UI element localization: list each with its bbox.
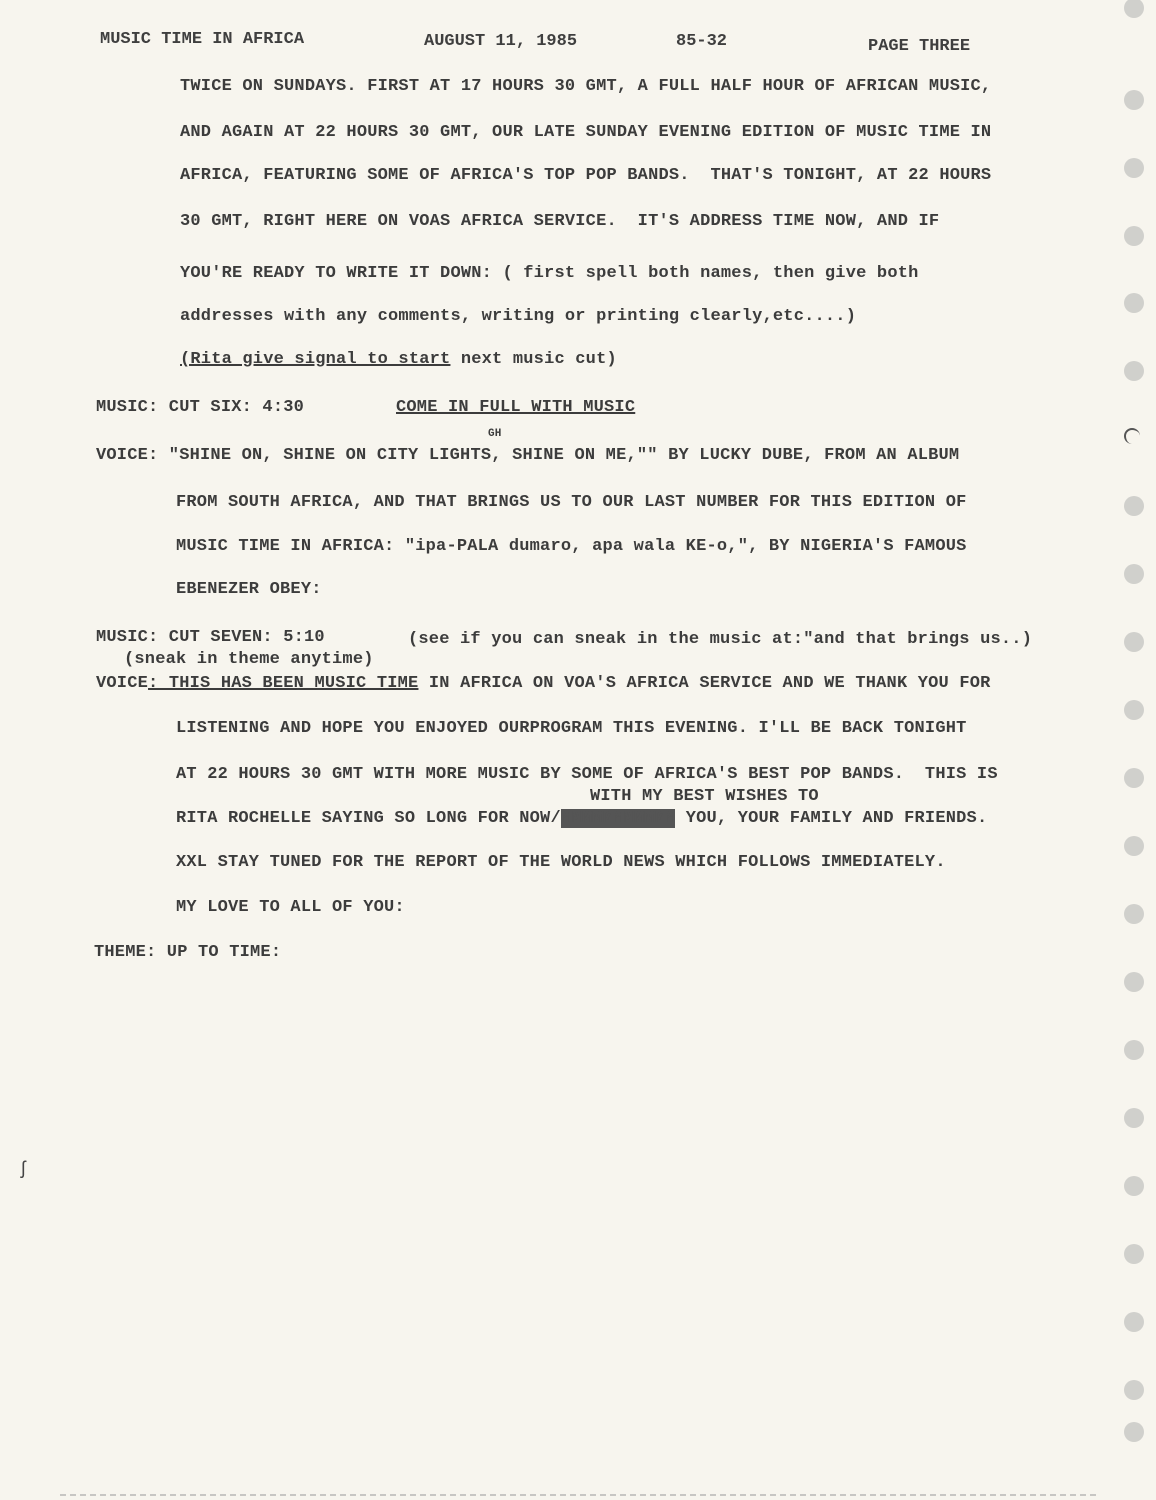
body-line: 30 GMT, RIGHT HERE ON VOAS AFRICA SERVIC…: [180, 212, 939, 231]
signal-note: (Rita give signal to start next music cu…: [180, 350, 617, 369]
perforated-edge: [60, 1494, 1096, 1498]
punch-hole-icon: [1124, 972, 1144, 992]
punch-hole-icon: [1124, 90, 1144, 110]
punch-hole-icon: [1124, 1380, 1144, 1400]
broadcast-date: AUGUST 11, 1985: [424, 32, 577, 51]
struck-out-text: MMMMMMMMMMM: [561, 809, 675, 828]
program-title: MUSIC TIME IN AFRICA: [100, 30, 304, 49]
signal-note-underlined: (Rita give signal to start: [180, 350, 450, 369]
punch-hole-icon: [1124, 361, 1144, 381]
voice-closing: VOICE: THIS HAS BEEN MUSIC TIME IN AFRIC…: [96, 674, 991, 693]
music-cut-seven: MUSIC: CUT SEVEN: 5:10: [96, 628, 325, 647]
body-line: addresses with any comments, writing or …: [180, 307, 856, 326]
punch-hole-icon: [1124, 700, 1144, 720]
punch-hole-icon: [1124, 1040, 1144, 1060]
music-cut-seven-note: (see if you can sneak in the music at:"a…: [408, 630, 1032, 649]
voice-label: VOICE: [96, 674, 148, 693]
body-line: TWICE ON SUNDAYS. FIRST AT 17 HOURS 30 G…: [180, 77, 991, 96]
music-cut-six-cue: COME IN FULL WITH MUSIC: [396, 398, 635, 417]
punch-hole-icon: [1124, 564, 1144, 584]
theme-line: THEME: UP TO TIME:: [94, 943, 281, 962]
body-line: AND AGAIN AT 22 HOURS 30 GMT, OUR LATE S…: [180, 123, 991, 142]
typed-insert: WITH MY BEST WISHES TO: [590, 787, 819, 806]
love-line: MY LOVE TO ALL OF YOU:: [176, 898, 405, 917]
punch-hole-icon: [1124, 1312, 1144, 1332]
punch-hole-icon: [1124, 1108, 1144, 1128]
body-line: YOU'RE READY TO WRITE IT DOWN: ( first s…: [180, 264, 919, 283]
voice-rest: IN AFRICA ON VOA'S AFRICA SERVICE AND WE…: [418, 674, 990, 693]
punch-hole-icon: [1124, 158, 1144, 178]
typewritten-script-page: MUSIC TIME IN AFRICA AUGUST 11, 1985 85-…: [0, 0, 1156, 1500]
voice-line: VOICE: "SHINE ON, SHINE ON CITY LIGHTS, …: [96, 446, 959, 465]
voice-underlined: : THIS HAS BEEN MUSIC TIME: [148, 674, 418, 693]
torn-hole-icon: [1124, 428, 1140, 444]
punch-hole-icon: [1124, 1244, 1144, 1264]
body-line: AFRICA, FEATURING SOME OF AFRICA'S TOP P…: [180, 166, 991, 185]
script-number: 85-32: [676, 32, 727, 51]
signoff-b: YOU, YOUR FAMILY AND FRIENDS.: [675, 809, 987, 828]
punch-hole-icon: [1124, 836, 1144, 856]
page-number: PAGE THREE: [868, 37, 970, 56]
punch-hole-icon: [1124, 0, 1144, 18]
punch-hole-icon: [1124, 632, 1144, 652]
voice-line: EBENEZER OBEY:: [176, 580, 322, 599]
theme-note: (sneak in theme anytime): [124, 650, 374, 669]
signal-note-rest: next music cut): [450, 350, 616, 369]
voice-line: FROM SOUTH AFRICA, AND THAT BRINGS US TO…: [176, 493, 967, 512]
voice-line: AT 22 HOURS 30 GMT WITH MORE MUSIC BY SO…: [176, 765, 998, 784]
stay-tuned-line: XXL STAY TUNED FOR THE REPORT OF THE WOR…: [176, 853, 946, 872]
signoff-line: RITA ROCHELLE SAYING SO LONG FOR NOW/MMM…: [176, 809, 987, 828]
punch-hole-icon: [1124, 768, 1144, 788]
punch-hole-icon: [1124, 293, 1144, 313]
handwritten-insert: GH: [488, 428, 502, 440]
punch-hole-icon: [1124, 1422, 1144, 1442]
punch-hole-icon: [1124, 226, 1144, 246]
music-cut-six: MUSIC: CUT SIX: 4:30: [96, 398, 304, 417]
signoff-a: RITA ROCHELLE SAYING SO LONG FOR NOW/: [176, 809, 561, 828]
pen-mark-icon: ʃ: [18, 1160, 29, 1180]
voice-line: MUSIC TIME IN AFRICA: "ipa-PALA dumaro, …: [176, 537, 967, 556]
voice-line: LISTENING AND HOPE YOU ENJOYED OURPROGRA…: [176, 719, 967, 738]
punch-hole-icon: [1124, 496, 1144, 516]
punch-hole-icon: [1124, 1176, 1144, 1196]
punch-hole-icon: [1124, 904, 1144, 924]
